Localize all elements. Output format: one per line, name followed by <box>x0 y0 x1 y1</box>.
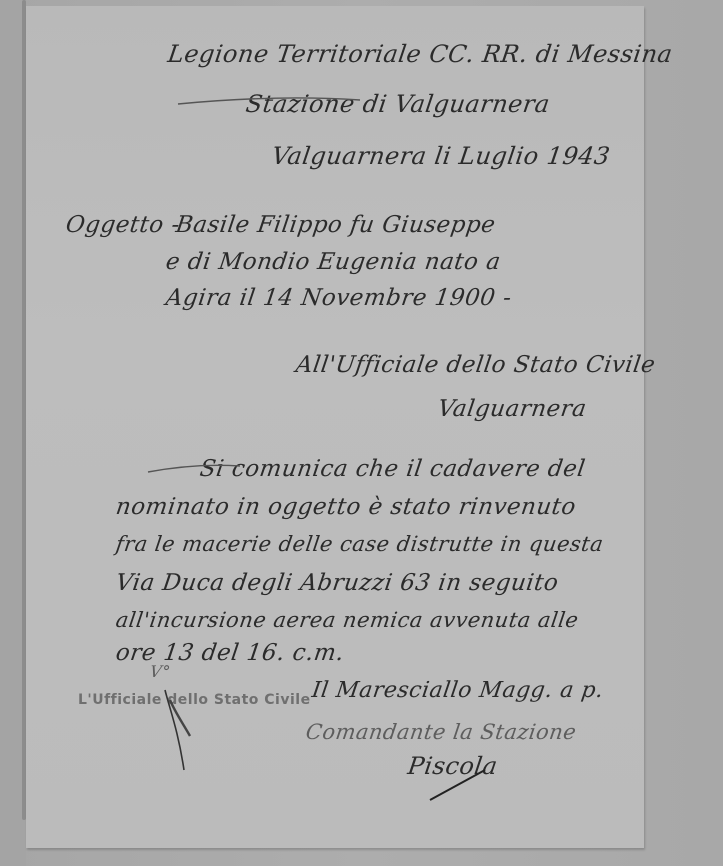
header-legion: Legione Territoriale CC. RR. di Messina <box>166 40 674 68</box>
addressee-line-1: All'Ufficiale dello Stato Civile <box>294 352 657 378</box>
subject-line-3: Agira il 14 Novembre 1900 - <box>164 285 513 311</box>
stamp-initials: V° <box>149 662 172 681</box>
header-station: Stazione di Valguarnera <box>244 90 552 118</box>
header-place-date: Valguarnera li Luglio 1943 <box>270 142 612 170</box>
signature-role: Comandante la Stazione <box>304 720 578 744</box>
body-line-5: all'incursione aerea nemica avvenuta all… <box>114 608 580 632</box>
addressee-line-2: Valguarnera <box>436 396 588 422</box>
body-line-1: Si comunica che il cadavere del <box>198 456 587 482</box>
subject-line-2: e di Mondio Eugenia nato a <box>164 249 502 275</box>
body-line-4: Via Duca degli Abruzzi 63 in seguito <box>114 570 560 596</box>
subject-line-1: Basile Filippo fu Giuseppe <box>174 212 497 238</box>
subject-label: Oggetto - <box>64 212 181 238</box>
body-line-3: fra le macerie delle case distrutte in q… <box>114 532 605 556</box>
signature-title: Il Maresciallo Magg. a p. <box>310 678 605 703</box>
signature-name: Piscola <box>406 752 499 780</box>
civil-registry-stamp: L'Ufficiale dello Stato Civile <box>78 692 311 708</box>
body-line-6: ore 13 del 16. c.m. <box>114 640 346 666</box>
body-line-2: nominato in oggetto è stato rinvenuto <box>114 494 578 520</box>
